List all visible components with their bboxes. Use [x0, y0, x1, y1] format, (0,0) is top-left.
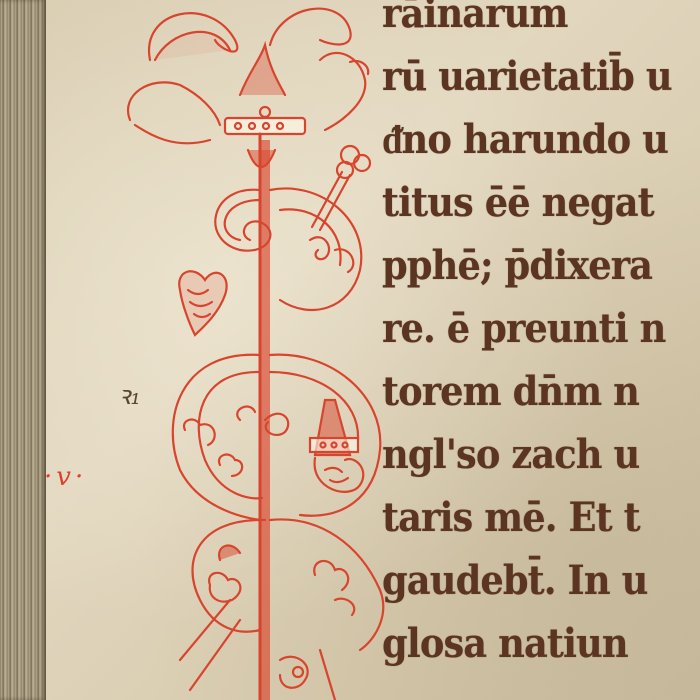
- text-column: rāinarum rū uarietatib̄ u ᵭno harundo u …: [382, 0, 700, 675]
- text-line-6: re. ē preunti n: [382, 297, 695, 360]
- text-line-10: gaudebt̄. In u: [382, 549, 695, 612]
- text-line-7: torem dn̄m n: [382, 360, 695, 423]
- page-edges: [0, 0, 46, 700]
- decorated-initial-icon: [120, 0, 400, 700]
- text-line-1: rāinarum: [382, 0, 695, 45]
- text-line-5: pphē; p̄dixera: [382, 234, 695, 297]
- text-line-2: rū uarietatib̄ u: [382, 45, 695, 108]
- text-line-8: ngl'so zach u: [382, 423, 695, 486]
- margin-red-note: ·v·: [44, 462, 87, 492]
- manuscript-photo: ꝛ₁ ·v·: [0, 0, 700, 700]
- text-line-4: titus ēē negat: [382, 171, 695, 234]
- text-line-9: taris mē. Et t: [382, 486, 695, 549]
- text-line-3: ᵭno harundo u: [382, 108, 695, 171]
- text-line-11: glosa natiun: [382, 612, 695, 675]
